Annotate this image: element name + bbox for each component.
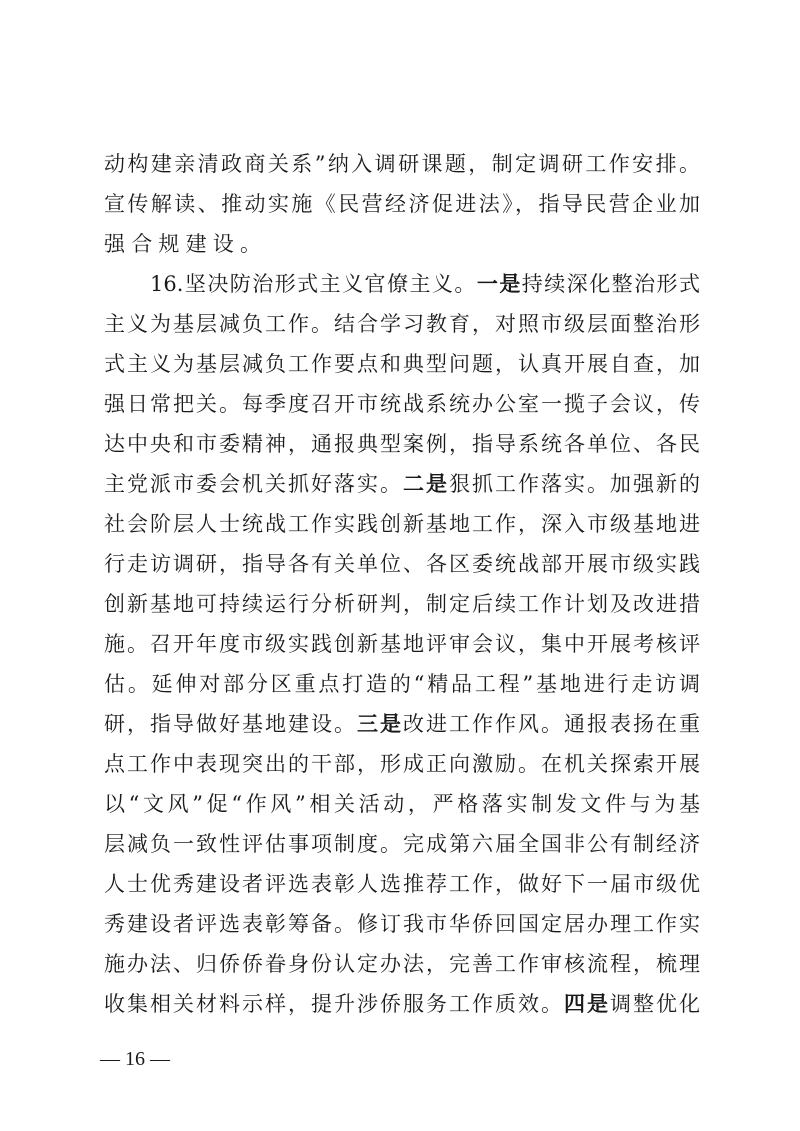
text-line: 施办法、归侨侨眷身份认定办法，完善工作审核流程，梳理 [104, 944, 700, 984]
text-line: 以“文风”促“作风”相关活动，严格落实制发文件与为基 [104, 784, 700, 824]
text-line: 人士优秀建设者评选表彰人选推荐工作，做好下一届市级优 [104, 864, 700, 904]
text-run: 动构建亲清政商关系”纳入调研课题，制定调研工作安排。 [104, 152, 700, 176]
text-run: 达中央和市委精神，通报典型案例，指导系统各单位、各民 [104, 432, 700, 456]
bold-enumerator: 四是 [564, 992, 610, 1016]
text-run: 16.坚决防治形式主义官僚主义。 [150, 272, 477, 296]
text-run: 秀建设者评选表彰筹备。修订我市华侨回国定居办理工作实 [104, 912, 700, 936]
text-run: 主党派市委会机关抓好落实。 [104, 472, 403, 496]
text-run: 以“文风”促“作风”相关活动，严格落实制发文件与为基 [104, 792, 700, 816]
document-page: 动构建亲清政商关系”纳入调研课题，制定调研工作安排。宣传解读、推动实施《民营经济… [0, 0, 800, 1131]
text-line: 社会阶层人士统战工作实践创新基地工作，深入市级基地进 [104, 504, 700, 544]
text-run: 持续深化整治形式 [522, 272, 700, 296]
text-line: 创新基地可持续运行分析研判，制定后续工作计划及改进措 [104, 584, 700, 624]
text-run: 主义为基层减负工作。结合学习教育，对照市级层面整治形 [104, 312, 700, 336]
text-run: 估。延伸对部分区重点打造的“精品工程”基地进行走访调 [104, 672, 700, 696]
text-run: 狠抓工作落实。加强新的 [449, 472, 700, 496]
text-run: 层减负一致性评估事项制度。完成第六届全国非公有制经济 [104, 832, 700, 856]
text-line: 施。召开年度市级实践创新基地评审会议，集中开展考核评 [104, 624, 700, 664]
text-line: 主党派市委会机关抓好落实。二是狠抓工作落实。加强新的 [104, 464, 700, 504]
text-run: 调整优化 [610, 992, 700, 1016]
text-line: 达中央和市委精神，通报典型案例，指导系统各单位、各民 [104, 424, 700, 464]
text-run: 点工作中表现突出的干部，形成正向激励。在机关探索开展 [104, 752, 700, 776]
bold-enumerator: 一是 [477, 272, 522, 296]
text-line: 宣传解读、推动实施《民营经济促进法》，指导民营企业加 [104, 184, 700, 224]
text-line: 层减负一致性评估事项制度。完成第六届全国非公有制经济 [104, 824, 700, 864]
body-text: 动构建亲清政商关系”纳入调研课题，制定调研工作安排。宣传解读、推动实施《民营经济… [104, 144, 700, 1024]
text-run: 收集相关材料示样，提升涉侨服务工作质效。 [104, 992, 564, 1016]
text-run: 式主义为基层减负工作要点和典型问题，认真开展自查，加 [104, 352, 700, 376]
text-line: 收集相关材料示样，提升涉侨服务工作质效。四是调整优化 [104, 984, 700, 1024]
text-line: 动构建亲清政商关系”纳入调研课题，制定调研工作安排。 [104, 144, 700, 184]
text-line: 16.坚决防治形式主义官僚主义。一是持续深化整治形式 [104, 264, 700, 304]
text-line: 秀建设者评选表彰筹备。修订我市华侨回国定居办理工作实 [104, 904, 700, 944]
bold-enumerator: 三是 [357, 712, 403, 736]
text-run: 强合规建设。 [104, 232, 267, 256]
text-line: 估。延伸对部分区重点打造的“精品工程”基地进行走访调 [104, 664, 700, 704]
text-run: 施办法、归侨侨眷身份认定办法，完善工作审核流程，梳理 [104, 952, 700, 976]
text-run: 宣传解读、推动实施《民营经济促进法》，指导民营企业加 [104, 192, 700, 216]
text-line: 式主义为基层减负工作要点和典型问题，认真开展自查，加 [104, 344, 700, 384]
text-line: 强日常把关。每季度召开市统战系统办公室一揽子会议，传 [104, 384, 700, 424]
text-line: 强合规建设。 [104, 224, 700, 264]
text-run: 施。召开年度市级实践创新基地评审会议，集中开展考核评 [104, 632, 700, 656]
text-run: 社会阶层人士统战工作实践创新基地工作，深入市级基地进 [104, 512, 700, 536]
text-line: 主义为基层减负工作。结合学习教育，对照市级层面整治形 [104, 304, 700, 344]
text-run: 人士优秀建设者评选表彰人选推荐工作，做好下一届市级优 [104, 872, 700, 896]
text-line: 研，指导做好基地建设。三是改进工作作风。通报表扬在重 [104, 704, 700, 744]
text-line: 行走访调研，指导各有关单位、各区委统战部开展市级实践 [104, 544, 700, 584]
text-run: 行走访调研，指导各有关单位、各区委统战部开展市级实践 [104, 552, 700, 576]
text-line: 点工作中表现突出的干部，形成正向激励。在机关探索开展 [104, 744, 700, 784]
page-number: — 16 — [100, 1048, 170, 1071]
text-run: 改进工作作风。通报表扬在重 [403, 712, 700, 736]
text-run: 创新基地可持续运行分析研判，制定后续工作计划及改进措 [104, 592, 700, 616]
text-run: 研，指导做好基地建设。 [104, 712, 357, 736]
text-run: 强日常把关。每季度召开市统战系统办公室一揽子会议，传 [104, 392, 700, 416]
bold-enumerator: 二是 [403, 472, 449, 496]
